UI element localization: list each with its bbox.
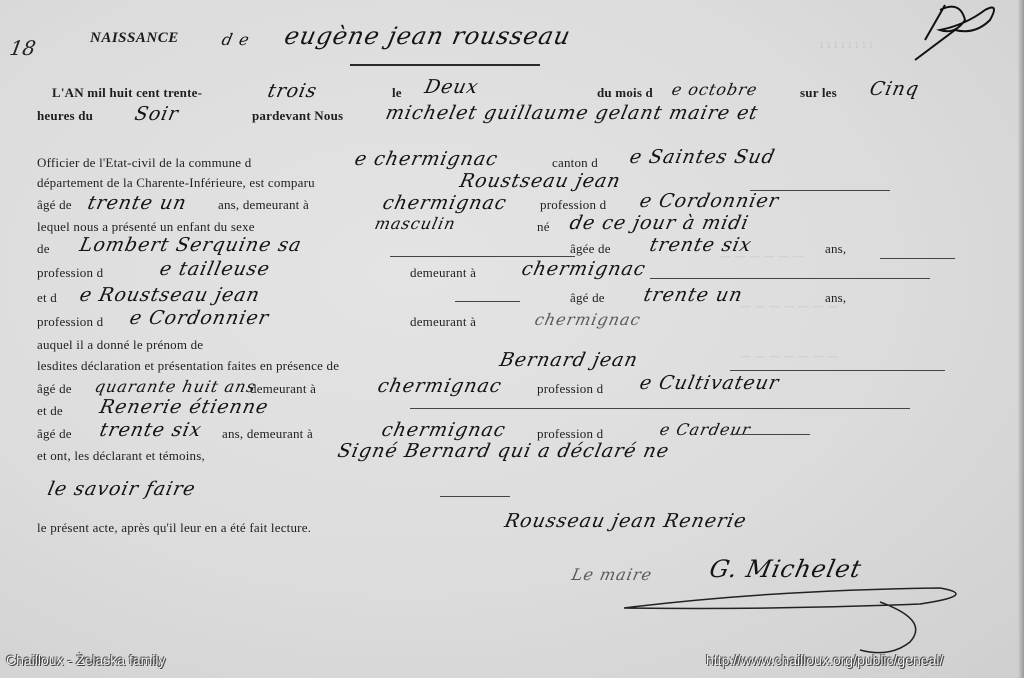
handwritten-hour: Cinq <box>868 78 922 100</box>
print-text: profession d <box>537 381 603 397</box>
corner-paraph-icon <box>905 0 1015 65</box>
fill-line <box>730 370 945 371</box>
bleed-through-text: — — — — — — — <box>740 300 838 313</box>
handwritten-witness2-profession: e Cardeur <box>658 420 753 439</box>
handwritten-mother-residence: chermignac <box>520 258 648 280</box>
record-title: NAISSANCE <box>90 30 179 47</box>
handwritten-father-residence: chermignac <box>533 310 643 329</box>
handwritten-witness1-name: Bernard jean <box>498 349 641 371</box>
fill-line <box>730 434 810 435</box>
print-text: le <box>392 85 402 101</box>
title-connector: d e <box>220 30 252 49</box>
print-text: profession d <box>540 197 606 213</box>
handwritten-witness1-age: quarante huit ans <box>93 377 258 396</box>
print-text: âgée de <box>570 241 611 257</box>
print-text: le présent acte, après qu'il leur en a é… <box>37 520 311 536</box>
print-text: ans, demeurant à <box>222 426 313 442</box>
print-text: et d <box>37 290 57 306</box>
print-text: né <box>537 219 550 235</box>
fill-line <box>390 256 575 257</box>
print-text: département de la Charente-Inférieure, e… <box>37 175 315 191</box>
scanned-birth-record: ı ı ı ı ı ı ı ı — — — — — — — — — — — — … <box>0 0 1024 678</box>
margin-record-number: 18 <box>8 36 38 60</box>
print-text: demeurant à <box>410 314 476 330</box>
fill-line <box>440 496 510 497</box>
print-text: pardevant Nous <box>252 108 343 124</box>
handwritten-witness2-residence: chermignac <box>380 419 508 441</box>
handwritten-father-name: e Roustseau jean <box>78 284 263 306</box>
handwritten-profession: e Cordonnier <box>638 190 782 212</box>
bleed-through-text: ı ı ı ı ı ı ı ı <box>820 38 873 51</box>
fill-line <box>880 258 955 259</box>
print-text: du mois d <box>597 85 653 101</box>
print-text: profession d <box>37 265 103 281</box>
signature-flourish-icon <box>620 580 980 660</box>
handwritten-day: Deux <box>423 76 481 98</box>
handwritten-father-profession: e Cordonnier <box>128 307 272 329</box>
print-text: canton d <box>552 155 598 171</box>
print-text: profession d <box>37 314 103 330</box>
handwritten-father-age: trente un <box>642 284 745 306</box>
handwritten-birth-time: de ce jour à midi <box>568 212 751 234</box>
handwritten-canton: e Saintes Sud <box>628 146 778 168</box>
print-text: et ont, les déclarant et témoins, <box>37 448 205 464</box>
fill-line <box>410 408 910 409</box>
handwritten-time-of-day: Soir <box>133 103 181 125</box>
handwritten-witness2-age: trente six <box>98 419 204 441</box>
print-text: et de <box>37 403 63 419</box>
print-text: Officier de l'Etat-civil de la commune d <box>37 155 251 171</box>
print-text: ans, <box>825 290 846 306</box>
handwritten-year: trois <box>266 80 320 102</box>
handwritten-signature-note: Signé Bernard qui a déclaré ne <box>336 440 672 462</box>
title-underline <box>350 64 540 66</box>
handwritten-month: e octobre <box>670 80 760 99</box>
handwritten-residence: chermignac <box>381 192 509 214</box>
handwritten-declarant-age: trente un <box>86 192 189 214</box>
watermark-family-name: Chailloux - Żelaska family <box>6 652 166 668</box>
child-name: eugène jean rousseau <box>282 22 573 50</box>
handwritten-officer-name: michelet guillaume gelant maire et <box>384 102 761 124</box>
fill-line <box>455 301 520 302</box>
print-text: ans, <box>825 241 846 257</box>
handwritten-witness2-name: Renerie étienne <box>98 396 271 418</box>
print-text: âgé de <box>37 381 72 397</box>
handwritten-declarant-name: Roustseau jean <box>458 170 623 192</box>
fill-line <box>650 278 930 279</box>
watermark-url: http://www.chailloux.org/public/geneal/ <box>706 652 943 668</box>
handwritten-sex: masculin <box>373 214 458 233</box>
print-text: ans, demeurant à <box>218 197 309 213</box>
print-text: âgé de <box>37 426 72 442</box>
handwritten-commune: e chermignac <box>353 148 501 170</box>
handwritten-mother-age: trente six <box>648 234 754 256</box>
handwritten-mother-name: Lombert Serquine sa <box>78 234 304 256</box>
print-text: demeurant à <box>410 265 476 281</box>
print-text: L'AN mil huit cent trente- <box>52 85 202 101</box>
declarant-signature: Rousseau jean Renerie <box>503 510 749 532</box>
print-text: âgé de <box>37 197 72 213</box>
print-text: de <box>37 241 50 257</box>
mayor-signature: G. Michelet <box>707 555 864 583</box>
print-text: lesdites déclaration et présentation fai… <box>37 358 339 374</box>
print-text: heures du <box>37 108 93 124</box>
print-text: sur les <box>800 85 837 101</box>
handwritten-mother-profession: e tailleuse <box>158 258 273 280</box>
print-text: âgé de <box>570 290 605 306</box>
handwritten-witness1-residence: chermignac <box>376 375 504 397</box>
handwritten-witness1-profession: e Cultivateur <box>638 372 782 394</box>
bleed-through-text: — — — — — — — <box>740 350 838 363</box>
print-text: lequel nous a présenté un enfant du sexe <box>37 219 255 235</box>
handwritten-signature-note-cont: le savoir faire <box>46 478 198 500</box>
print-text: auquel il a donné le prénom de <box>37 337 203 353</box>
print-text: demeurant à <box>250 381 316 397</box>
